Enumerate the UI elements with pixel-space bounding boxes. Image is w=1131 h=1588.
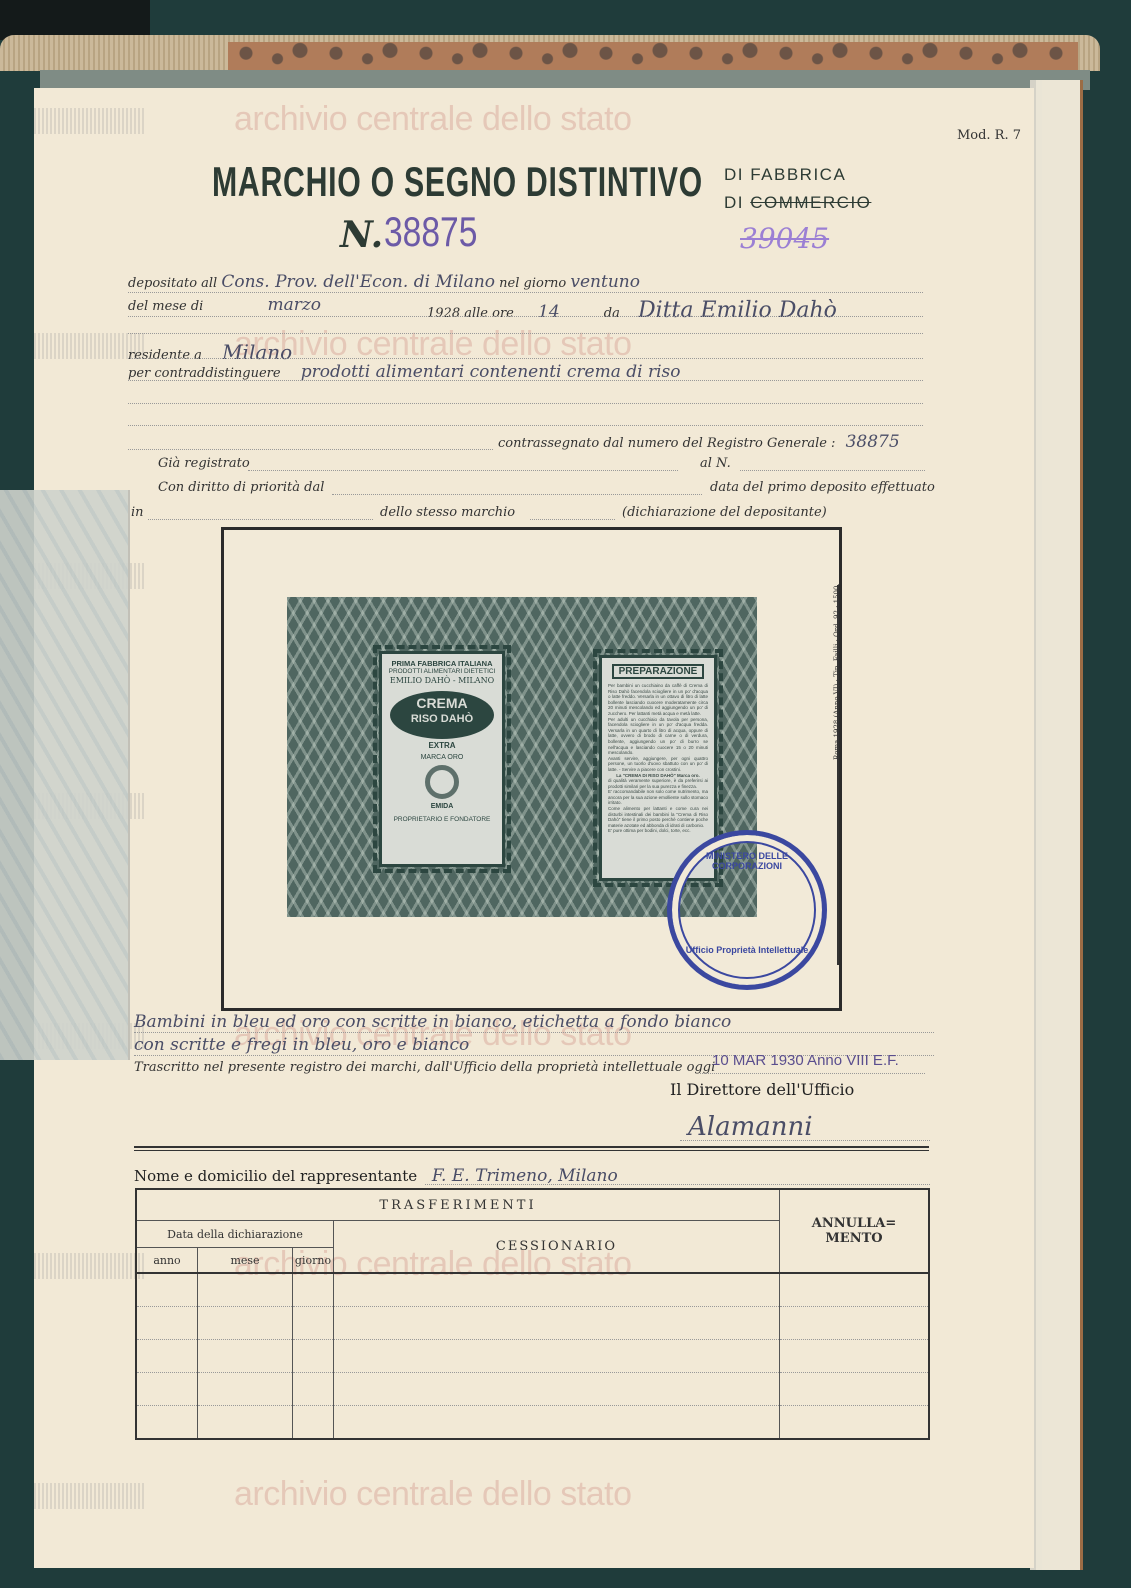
dichiarazione-label: (dichiarazione del depositante)	[622, 505, 827, 520]
anno-row: 1928 alle ore 14 da Ditta Emilio Dahò	[427, 298, 837, 323]
depositato-value: Cons. Prov. dell'Econ. di Milano	[221, 272, 495, 292]
ore-value: 14	[538, 302, 560, 322]
struck-number: 39045	[740, 222, 829, 255]
crema-oval-logo: CREMA RISO DAHÒ	[390, 691, 494, 739]
table-row	[136, 1406, 929, 1440]
date-header: Data della dichiarazione	[136, 1221, 334, 1248]
giorno-value: ventuno	[570, 272, 640, 292]
transfer-title: TRASFERIMENTI	[136, 1189, 780, 1221]
description-line1: Bambini in bleu ed oro con scritte in bi…	[134, 1012, 731, 1032]
director-signature: Alamanni	[688, 1112, 813, 1142]
in-row: in	[131, 505, 144, 520]
mese-row: del mese di marzo	[128, 295, 321, 315]
page-title: MARCHIO O SEGNO DISTINTIVO	[212, 158, 703, 206]
transfer-table: TRASFERIMENTI ANNULLA= MENTO Data della …	[135, 1188, 930, 1440]
al-n-row: al N.	[700, 456, 731, 471]
priorita-row: Con diritto di priorità dal	[158, 480, 324, 495]
watermark: archivio centrale dello stato	[34, 100, 632, 139]
director-label: Il Direttore dell'Ufficio	[670, 1080, 854, 1099]
anno-value: 1928	[427, 306, 460, 321]
section-divider	[134, 1146, 929, 1151]
emblem-icon	[425, 765, 459, 799]
contraddistinguere-row: per contraddistinguere prodotti alimenta…	[128, 362, 680, 382]
representative-row: Nome e domicilio del rappresentante F. E…	[134, 1166, 618, 1186]
ministry-stamp: MINISTERO DELLE CORPORAZIONI Ufficio Pro…	[667, 830, 827, 990]
registro-value: 38875	[846, 432, 900, 452]
col-giorno: giorno	[293, 1248, 334, 1274]
subtitle-commercio: DI COMMERCIO	[724, 193, 871, 213]
residente-row: residente a Milano	[128, 340, 292, 364]
mese-value: marzo	[267, 295, 321, 315]
contraddistinguere-value: prodotti alimentari contenenti crema di …	[301, 362, 681, 382]
date-stamp: 10 MAR 1930 Anno VIII E.F.	[712, 1052, 899, 1069]
background-dark-corner	[0, 0, 150, 40]
transcription-label: Trascritto nel presente registro dei mar…	[134, 1060, 715, 1075]
da-value: Ditta Emilio Dahò	[638, 298, 837, 323]
watermark: archivio centrale dello stato	[34, 1475, 632, 1514]
registro-row: contrassegnato dal numero del Registro G…	[498, 432, 900, 452]
col-mese: mese	[198, 1248, 293, 1274]
gia-registrato-row: Già registrato	[158, 456, 250, 471]
table-row	[136, 1373, 929, 1406]
stesso-marchio-label: dello stesso marchio	[380, 505, 515, 520]
depositato-row: depositato all Cons. Prov. dell'Econ. di…	[128, 272, 640, 292]
model-code: Mod. R. 7	[957, 128, 1021, 143]
number-label: N.	[340, 214, 383, 256]
registration-number: 38875	[384, 208, 477, 256]
table-row	[136, 1340, 929, 1373]
book-spine-leather	[228, 42, 1078, 70]
subtitle-fabbrica: DI FABBRICA	[724, 165, 846, 185]
cessionario-header: CESSIONARIO	[334, 1221, 780, 1274]
printer-imprint: Roma 1928 (Anno VI) · Tip. Failli · Ord.…	[833, 583, 841, 760]
primo-deposito-label: data del primo deposito effettuato	[710, 480, 935, 495]
folded-page-tab	[0, 490, 130, 1060]
table-row	[136, 1307, 929, 1340]
page-stack-edge	[40, 70, 1090, 90]
label-left-panel: PRIMA FABBRICA ITALIANA PRODOTTI ALIMENT…	[379, 651, 505, 867]
annullamento-header: ANNULLA= MENTO	[780, 1189, 930, 1273]
table-row	[136, 1273, 929, 1307]
col-anno: anno	[136, 1248, 198, 1274]
description-line2: con scritte e fregi in bleu, oro e bianc…	[134, 1035, 469, 1055]
page-stack-right-edge	[1030, 80, 1083, 1570]
residente-value: Milano	[222, 340, 292, 364]
representative-value: F. E. Trimeno, Milano	[432, 1166, 618, 1186]
